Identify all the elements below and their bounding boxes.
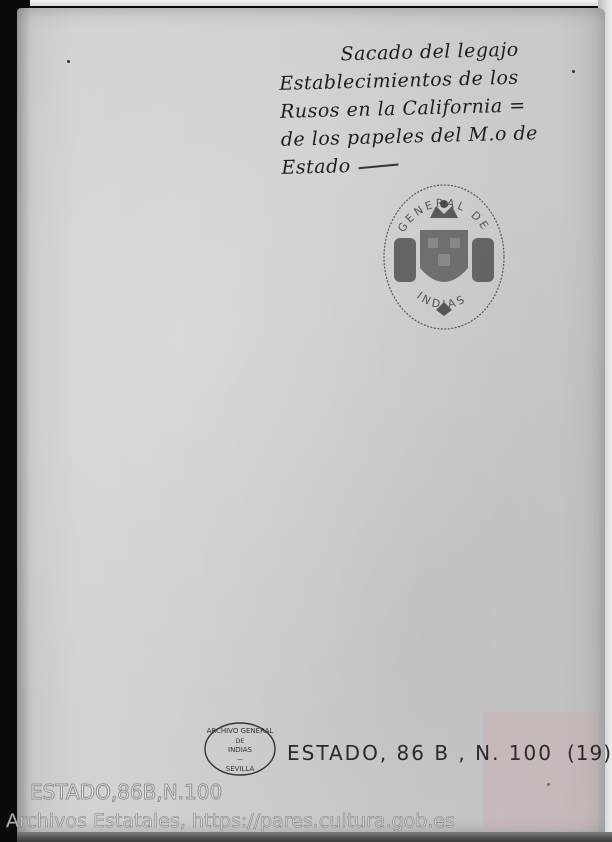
page-bottom-edge [17, 832, 612, 842]
archive-stamp-icon: ARCHIVO GENERAL DE INDIAS — SEVILLA [203, 720, 277, 778]
scan-top-strip [30, 0, 612, 6]
archive-stamp: ARCHIVO GENERAL DE INDIAS — SEVILLA [203, 720, 277, 778]
handwritten-note: Sacado del legajo Establecimientos de lo… [278, 34, 582, 182]
stamp-line: — [237, 756, 243, 763]
handwritten-line: Estado [281, 155, 351, 179]
stamp-line: ARCHIVO GENERAL [207, 727, 274, 735]
stamp-line: INDIAS [228, 746, 253, 754]
paper-speck [67, 60, 70, 63]
watermark-source: Archivos Estatales, https://pares.cultur… [6, 810, 455, 832]
flourish-stroke [359, 163, 399, 169]
color-calibration-patch [483, 712, 598, 830]
sheet-number: (19) [567, 741, 612, 765]
archive-reference: ESTADO, 86 B , N. 100(19) [287, 741, 612, 765]
watermark-signature: ESTADO,86B,N.100 [30, 780, 222, 804]
stamp-line: DE [236, 738, 245, 745]
coat-of-arms-seal: GENERAL DE INDIAS [380, 178, 508, 336]
reference-signature: ESTADO, 86 B , N. 100 [287, 741, 553, 765]
stamp-line: SEVILLA [226, 765, 255, 773]
seal-icon: GENERAL DE INDIAS [380, 178, 508, 336]
